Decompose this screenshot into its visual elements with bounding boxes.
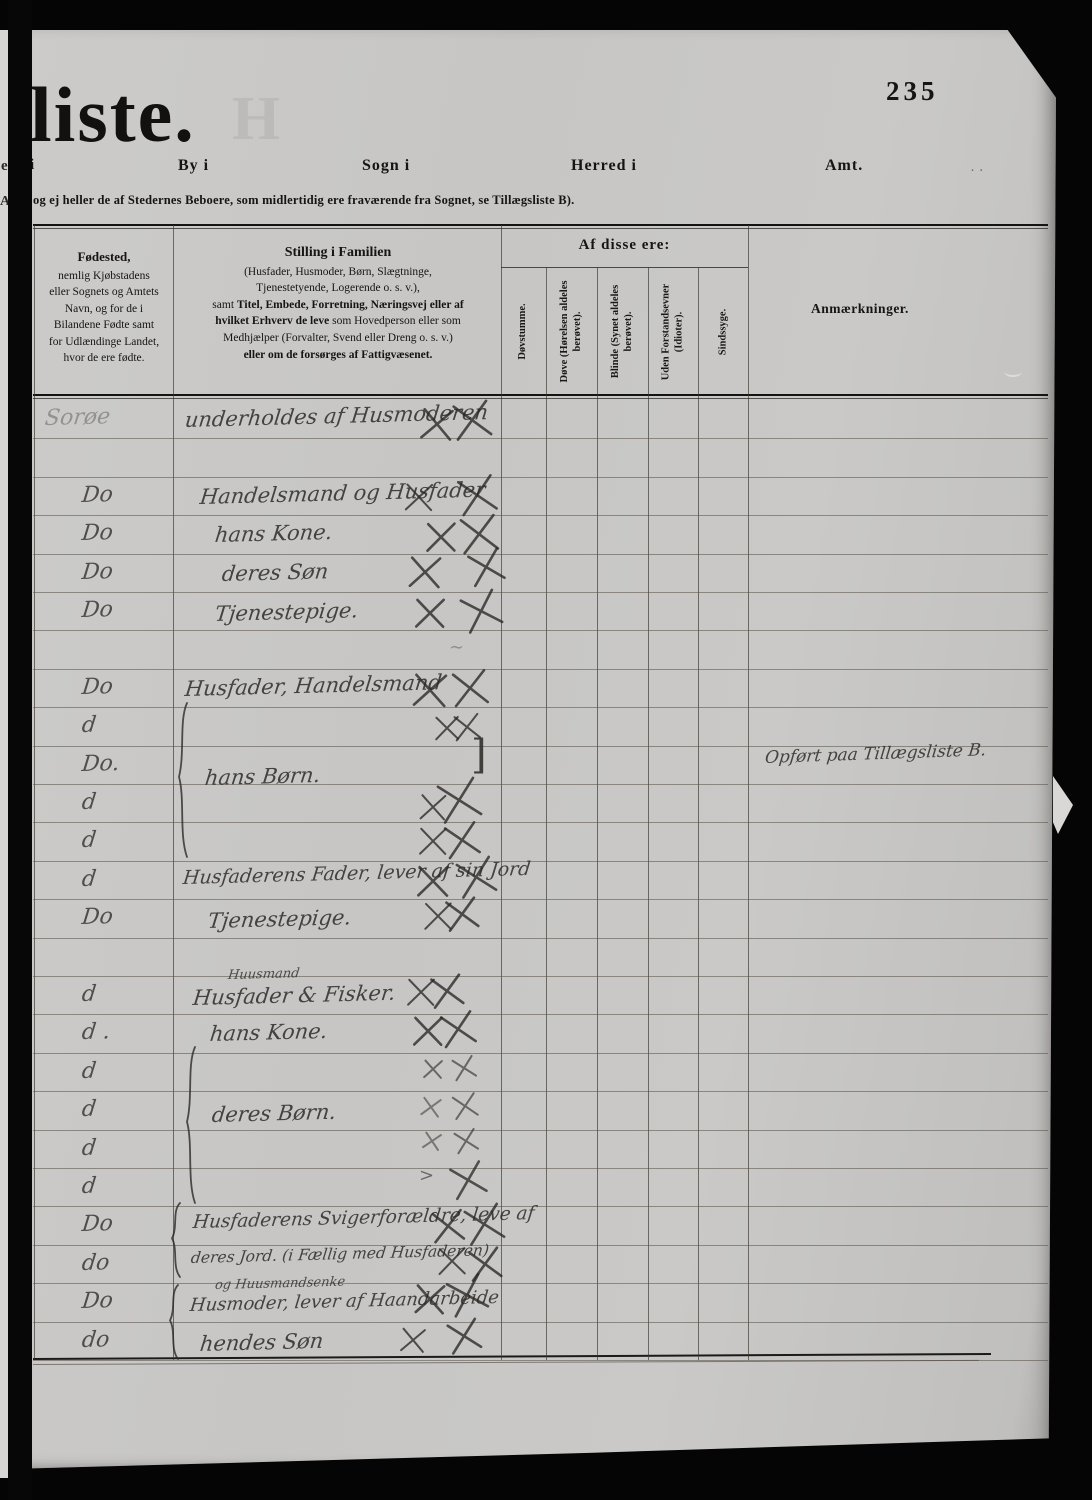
- x-mark: [450, 668, 491, 709]
- paper-scratch: [1004, 366, 1022, 377]
- table-row: dohendes Søn: [33, 1322, 1048, 1361]
- handwritten-entry: Tjenestepige.: [214, 598, 360, 626]
- x-mark: [424, 520, 458, 554]
- table-row: [33, 938, 1048, 977]
- column-header-birthplace: Fødested,nemlig Kjøbstadenseller Sognets…: [36, 249, 172, 367]
- ditto-mark: d .: [81, 1020, 112, 1046]
- ditto-mark: Do: [81, 597, 115, 623]
- x-mark: [450, 1091, 479, 1120]
- table-row: Doderes Søn: [33, 554, 1048, 593]
- header-line: Medhjælper (Forvalter, Svend eller Dreng…: [176, 330, 500, 347]
- page-number: 235: [886, 76, 939, 107]
- x-mark: [428, 972, 465, 1009]
- vertical-column-header: Døvstumme.: [501, 268, 546, 395]
- table-row: DoTjenestepige.: [33, 899, 1048, 938]
- ditto-mark: Do: [81, 1288, 115, 1314]
- x-mark: [403, 481, 436, 514]
- table-row: DoHandelsmand og Husfader: [33, 477, 1048, 516]
- table-row: [33, 630, 1048, 669]
- ditto-mark: do: [81, 1327, 111, 1353]
- column-header-remarks: Anmærkninger.: [760, 301, 960, 317]
- handwritten-entry: deres Børn.: [211, 1100, 338, 1127]
- field-label-by: By i: [178, 157, 209, 175]
- ditto-mark: d: [81, 1174, 98, 1199]
- ditto-mark: d: [81, 790, 98, 815]
- x-mark: [438, 1009, 479, 1050]
- vertical-column-header: Blinde (Synet aldeles berøvet).: [597, 268, 648, 395]
- ditto-mark: Sorøe: [44, 404, 112, 431]
- x-mark: [443, 895, 480, 932]
- x-mark: [450, 1054, 478, 1082]
- header-line: nemlig Kjøbstadens: [36, 268, 172, 285]
- x-mark: [412, 1281, 447, 1316]
- scanned-census-page: e A, liste. H 235 By i Sogn i Herred i A…: [0, 0, 1092, 1500]
- grouping-brace: [168, 1284, 182, 1360]
- ditto-mark: Do: [81, 674, 115, 700]
- handwritten-entry: Husfader, Handelsmand: [184, 670, 444, 701]
- x-mark: [430, 1208, 466, 1244]
- table-row: Dohans Kone.: [33, 515, 1048, 554]
- vertical-column-header: Døve (Hørelsen aldeles berøvet).: [546, 268, 597, 395]
- bleedthrough-letter: H: [232, 84, 280, 155]
- x-mark: [450, 398, 494, 442]
- x-mark: [434, 775, 485, 826]
- x-mark: [398, 1325, 427, 1354]
- x-mark: [406, 553, 443, 590]
- x-mark: [453, 854, 499, 900]
- ditto-mark: d: [81, 866, 98, 891]
- page-content: liste. H 235 By i Sogn i Herred i Amt. i…: [0, 0, 1092, 1500]
- ditto-mark: d: [81, 982, 98, 1007]
- grouping-brace: [185, 1046, 199, 1204]
- x-mark: [461, 1201, 507, 1247]
- ditto-mark: d: [81, 1058, 98, 1083]
- handwritten-entry: Tjenestepige.: [207, 905, 353, 933]
- header-line: Bilandene Fødte samt: [36, 317, 172, 334]
- ditto-mark: Do: [81, 482, 115, 508]
- header-line: samt Titel, Embede, Forretning, Næringsv…: [176, 297, 500, 314]
- table-row: [33, 438, 1048, 477]
- column-group-header: Af disse ere:: [501, 237, 748, 254]
- field-label-herred: Herred i: [571, 157, 637, 175]
- handwritten-entry: deres Søn: [221, 559, 330, 586]
- x-mark: [415, 863, 451, 899]
- handwritten-entry: hendes Søn: [199, 1328, 325, 1355]
- x-mark: [454, 472, 499, 517]
- ditto-mark: d: [81, 1097, 98, 1122]
- ditto-mark: Do: [81, 520, 115, 546]
- x-mark: [410, 670, 450, 710]
- grouping-brace: [177, 702, 191, 858]
- tally-mark: >: [419, 1165, 434, 1186]
- handwritten-entry: Handelsmand og Husfader: [199, 477, 487, 509]
- x-mark: [413, 596, 447, 630]
- x-mark: [436, 1245, 467, 1276]
- x-mark: [447, 1159, 490, 1202]
- book-fold-shadow: [8, 0, 32, 1500]
- table-row: dHuusmandHusfader & Fisker.: [33, 976, 1048, 1015]
- form-instruction-note: og ej heller de af Stedernes Beboere, so…: [33, 193, 574, 208]
- vertical-column-header: Sindssyge.: [698, 268, 748, 395]
- header-line: eller om de forsørges af Fattigvæsenet.: [176, 347, 500, 364]
- header-line: (Husfader, Husmoder, Børn, Slægtninge,: [176, 264, 500, 281]
- header-line: hvilket Erhverv de leve som Hovedperson …: [176, 313, 500, 330]
- table-row: dHusfaderens Fader, lever af sin Jord: [33, 861, 1048, 900]
- tally-mark: ∼: [449, 637, 464, 658]
- x-mark: [422, 1058, 444, 1080]
- header-line: Fødested,: [36, 249, 172, 266]
- x-mark: [452, 1127, 480, 1155]
- header-line: Stilling i Familien: [176, 245, 500, 262]
- grouping-brace: [170, 1202, 184, 1278]
- handwritten-entry: Husfader & Fisker.: [192, 981, 397, 1010]
- header-line: eller Sognets og Amtets: [36, 284, 172, 301]
- inserted-word: Huusmand: [227, 966, 300, 983]
- column-header-family-position: Stilling i Familien(Husfader, Husmoder, …: [176, 245, 500, 363]
- header-line: for Udlændinge Landet,: [36, 334, 172, 351]
- x-mark: [419, 1095, 443, 1119]
- ditto-mark: d: [81, 713, 98, 738]
- table-row: Sorøeunderholdes af Husmoderen: [33, 400, 1048, 439]
- table-row: DoHusfaderens Svigerforældre, leve af: [33, 1206, 1048, 1245]
- ditto-mark: do: [81, 1250, 111, 1276]
- ink-specks: · ·: [970, 163, 984, 180]
- page-title: liste.: [30, 70, 196, 160]
- vertical-column-header: Uden Forstandsevner (Idioter).: [648, 268, 698, 395]
- handwritten-entry: hans Kone.: [214, 520, 334, 547]
- table-row: DoTjenestepige.: [33, 592, 1048, 631]
- ditto-mark: Do.: [81, 751, 121, 777]
- x-mark: [442, 820, 483, 861]
- header-line: Tjenestetyende, Logerende o. s. v.),: [176, 280, 500, 297]
- field-label-amt: Amt.: [825, 157, 863, 175]
- x-mark: [465, 546, 508, 589]
- header-line: Navn, og for de i: [36, 301, 172, 318]
- ditto-mark: Do: [81, 559, 115, 585]
- grouping-bracket: ]: [471, 732, 487, 778]
- header-line: hvor de ere fødte.: [36, 350, 172, 367]
- ditto-mark: d: [81, 828, 98, 853]
- ditto-mark: Do: [81, 1212, 115, 1238]
- field-label-sogn: Sogn i: [362, 157, 410, 175]
- table-row: Doog HuusmandsenkeHusmoder, lever af Haa…: [33, 1283, 1048, 1322]
- x-mark: [444, 1316, 483, 1355]
- ditto-mark: d: [81, 1135, 98, 1160]
- ditto-mark: Do: [81, 904, 115, 930]
- handwritten-entry: hans Kone.: [209, 1019, 329, 1046]
- table-row: doderes Jord. (i Fællig med Husfaderen): [33, 1245, 1048, 1284]
